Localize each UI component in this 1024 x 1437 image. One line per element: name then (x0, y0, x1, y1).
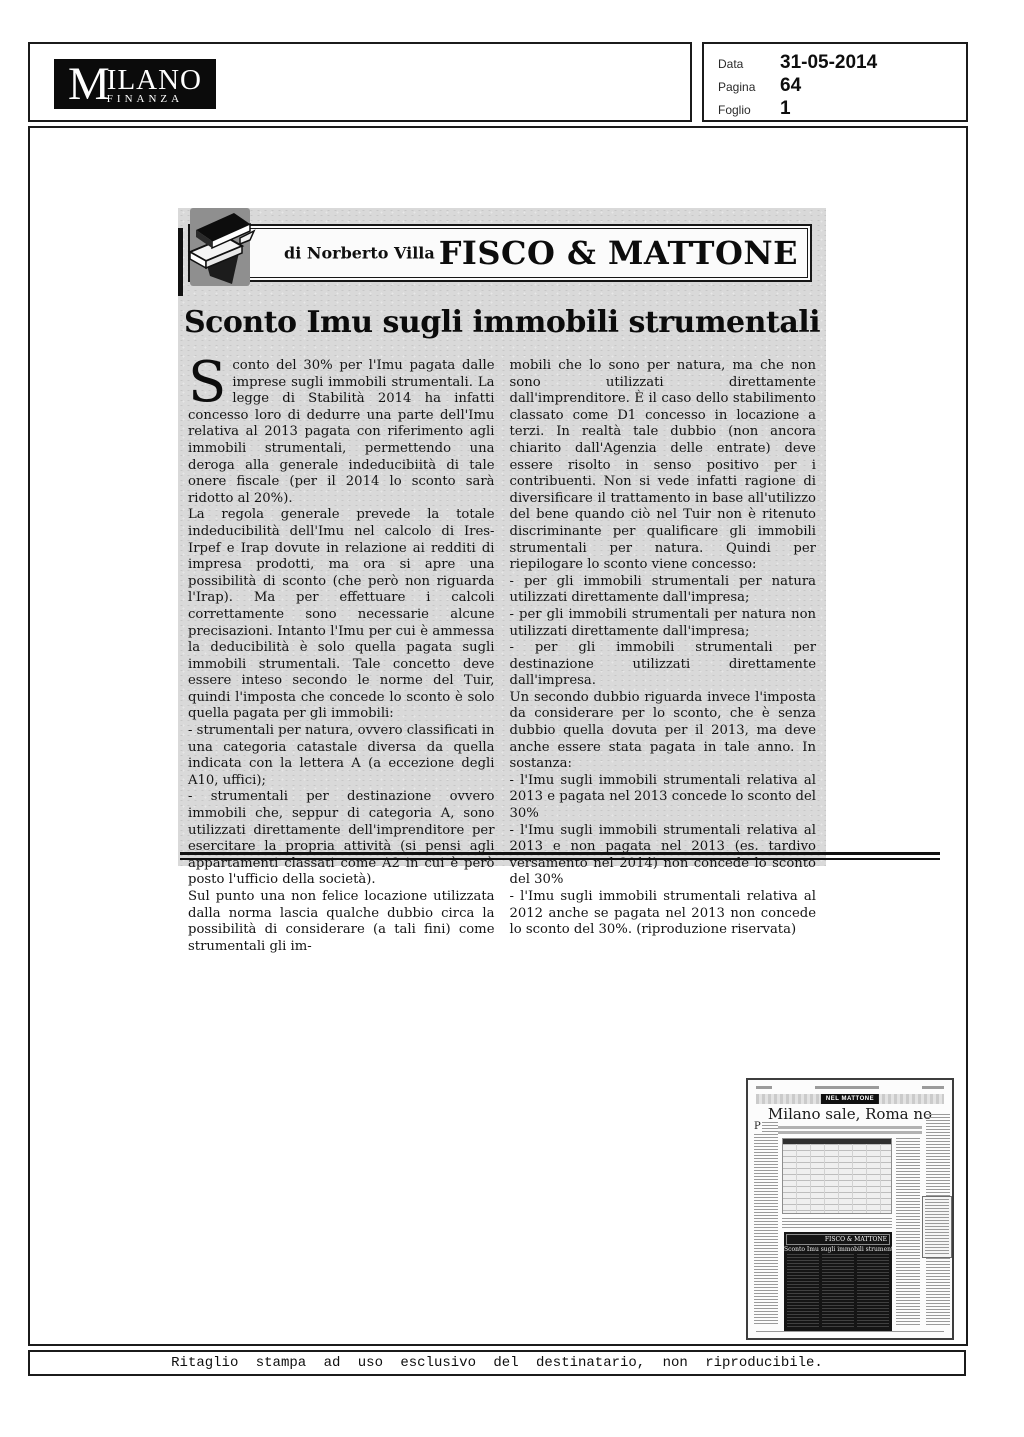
article-paragraph: mobili che lo sono per natura, ma che no… (510, 358, 817, 574)
source-page-thumbnail: NEL MATTONE Milano sale, Roma no P FISCO… (746, 1078, 954, 1340)
thumb-section-label: NEL MATTONE (821, 1094, 879, 1104)
thumb-headline: Milano sale, Roma no (752, 1106, 948, 1123)
masthead-box: M ILANO FINANZA (28, 42, 692, 122)
meta-value-date: 31-05-2014 (780, 52, 877, 74)
thumb-section-band: NEL MATTONE (756, 1094, 944, 1104)
footer-notice-bar: Ritaglio stampa ad uso esclusivo del des… (28, 1350, 966, 1376)
logo-word-finanza: FINANZA (107, 93, 202, 105)
thumb-clip-section: FISCO & MATTONE (825, 1236, 887, 1243)
meta-row-foglio: Foglio 1 (718, 98, 958, 120)
paragraph-text: conto del 30% per l'Imu pagata dalle imp… (188, 358, 495, 506)
article-clipping: di Norberto Villa FISCO & MATTONE Sconto… (178, 208, 826, 866)
article-paragraph: - l'Imu sugli immobili strumentali relat… (510, 889, 817, 939)
thumb-sidebar-box (922, 1196, 952, 1258)
article-column-right: mobili che lo sono per natura, ma che no… (510, 358, 817, 955)
article-byline: di Norberto Villa (284, 244, 435, 263)
article-paragraph: - per gli immobili strumentali per natur… (510, 607, 817, 640)
thumb-text-column (896, 1138, 920, 1326)
article-headline: Sconto Imu sugli immobili strumentali (178, 306, 826, 340)
article-paragraph: - per gli immobili strumentali per natur… (510, 574, 817, 607)
article-paragraph: Sconto del 30% per l'Imu pagata dalle im… (188, 358, 495, 507)
meta-value-page: 64 (780, 75, 801, 97)
books-stack-icon (180, 200, 262, 300)
article-end-rule (180, 852, 940, 860)
thumb-clip-text (787, 1254, 889, 1329)
article-paragraph: - strumentali per natura, ovvero classif… (188, 723, 495, 789)
logo-word-milano: ILANO (107, 67, 202, 93)
section-title: FISCO & MATTONE (439, 237, 798, 269)
logo-letter-m: M (68, 62, 110, 106)
meta-label-foglio: Foglio (718, 103, 751, 117)
thumb-clip-band: FISCO & MATTONE (786, 1234, 890, 1245)
article-paragraph: Un secondo dubbio riguarda invece l'impo… (510, 690, 817, 773)
section-band: di Norberto Villa FISCO & MATTONE (188, 224, 812, 282)
meta-row-data: Data 31-05-2014 (718, 52, 958, 74)
thumb-table-body (783, 1144, 891, 1213)
article-paragraph: La regola generale prevede la totale ind… (188, 507, 495, 723)
article-column-left: Sconto del 30% per l'Imu pagata dalle im… (188, 358, 495, 955)
thumb-sidebar-text (925, 1199, 949, 1255)
thumb-subtitle-line (778, 1131, 922, 1134)
main-frame: di Norberto Villa FISCO & MATTONE Sconto… (28, 126, 968, 1346)
article-paragraph: - l'Imu sugli immobili strumentali relat… (510, 773, 817, 823)
thumb-dropcap: P (754, 1122, 762, 1132)
article-columns: Sconto del 30% per l'Imu pagata dalle im… (188, 358, 816, 955)
meta-label-data: Data (718, 57, 743, 71)
article-paragraph: - per gli immobili strumentali per desti… (510, 640, 817, 690)
clipping-meta-box: Data 31-05-2014 Pagina 64 Foglio 1 (702, 42, 968, 122)
thumb-highlighted-clip: FISCO & MATTONE Sconto Imu sugli immobil… (784, 1232, 892, 1332)
press-clipping-page: { "colors": { "ink": "#141414", "paper":… (0, 0, 1024, 1437)
milano-finanza-logo: M ILANO FINANZA (54, 59, 216, 109)
dropcap-letter: S (188, 358, 232, 405)
thumb-running-head (756, 1086, 944, 1090)
thumb-data-table (782, 1138, 892, 1214)
article-paragraph: Sul punto una non felice locazione utili… (188, 889, 495, 955)
thumb-text-block (782, 1218, 892, 1230)
thumb-text-column (754, 1122, 778, 1326)
meta-row-pagina: Pagina 64 (718, 75, 958, 97)
thumb-subtitle-line (778, 1126, 922, 1129)
meta-value-sheet: 1 (780, 98, 791, 120)
footer-notice-text: Ritaglio stampa ad uso esclusivo del des… (171, 1355, 823, 1371)
meta-label-pagina: Pagina (718, 80, 755, 94)
article-paragraph: - strumentali per destinazione ovvero im… (188, 789, 495, 889)
thumb-clip-title: Sconto Imu sugli immobili strumentali (784, 1246, 892, 1254)
thumb-bottom-rule (756, 1331, 944, 1332)
